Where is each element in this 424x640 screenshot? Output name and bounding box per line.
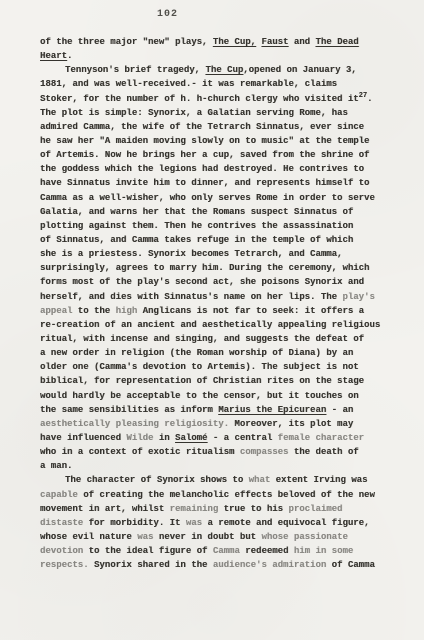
text-segment: redeemed — [240, 546, 294, 556]
text-segment: appeal — [40, 306, 72, 316]
text-segment: Stoker, for the number of h. h-church cl… — [40, 94, 359, 104]
text-segment: have Sinnatus invite him to dinner, and … — [40, 178, 369, 188]
text-line: 1881, and was well-received.- it was rem… — [40, 77, 390, 91]
page-text: of the three major "new" plays, The Cup,… — [40, 35, 390, 572]
text-line: have Sinnatus invite him to dinner, and … — [40, 176, 390, 190]
text-segment: of creating the melancholic effects belo… — [78, 490, 375, 500]
text-line: of the three major "new" plays, The Cup,… — [40, 35, 390, 49]
text-segment: The character of Synorix shows to — [65, 475, 249, 485]
page-number: 102 — [157, 9, 178, 20]
text-segment: capable — [40, 490, 78, 500]
text-segment: Camma as a well-wisher, who only serves … — [40, 193, 375, 203]
text-line: respects. Synorix shared in the audience… — [40, 558, 390, 572]
text-segment: forms most of the play's second act, she… — [40, 277, 364, 287]
text-segment: of the three major "new" plays, — [40, 37, 213, 47]
text-segment: Galatia, and warns her that the Romans s… — [40, 207, 353, 217]
text-segment: herself, and dies with Sinnatus's name o… — [40, 292, 342, 302]
text-line: Galatia, and warns her that the Romans s… — [40, 205, 390, 219]
text-segment: have influenced — [40, 433, 126, 443]
text-line: Stoker, for the number of h. h-church cl… — [40, 92, 390, 106]
text-line: capable of creating the melancholic effe… — [40, 488, 390, 502]
text-segment: The plot is simple: Synorix, a Galatian … — [40, 108, 348, 118]
text-segment: plotting against them. Then he contrives… — [40, 221, 353, 231]
text-segment: he saw her "A maiden moving slowly on to… — [40, 136, 369, 146]
text-segment: would hardly be acceptable to the censor… — [40, 391, 359, 401]
text-segment: compasses — [240, 447, 289, 457]
text-segment: . — [67, 51, 72, 61]
text-segment: Synorix shared in the — [89, 560, 213, 570]
text-segment: remaining — [170, 504, 219, 514]
text-segment: Camma — [213, 546, 240, 556]
text-segment: to the ideal figure of — [83, 546, 213, 556]
text-line: biblical, for representation of Christia… — [40, 374, 390, 388]
text-segment: respects. — [40, 560, 89, 570]
text-segment: him in some — [294, 546, 353, 556]
text-segment: Moreover, its plot may — [229, 419, 353, 429]
underlined-title: The Cup — [205, 65, 243, 75]
text-segment: audience's admiration — [213, 560, 326, 570]
text-segment: to the — [72, 306, 115, 316]
text-line: he saw her "A maiden moving slowly on to… — [40, 134, 390, 148]
text-line: would hardly be acceptable to the censor… — [40, 389, 390, 403]
text-segment: biblical, for representation of Christia… — [40, 376, 364, 386]
text-line: herself, and dies with Sinnatus's name o… — [40, 290, 390, 304]
text-segment: Tennyson's brief tragedy, — [65, 65, 205, 75]
text-segment: was — [137, 532, 153, 542]
text-segment: play's — [342, 292, 374, 302]
text-line: distaste for morbidity. It was a remote … — [40, 516, 390, 530]
text-segment: ritual, with incense and singing, and su… — [40, 334, 364, 344]
text-segment: a new order in religion (the Roman worsh… — [40, 348, 353, 358]
underlined-title: Heart — [40, 51, 67, 61]
text-line: surprisingly, agrees to marry him. Durin… — [40, 261, 390, 275]
text-segment: Wilde — [126, 433, 153, 443]
text-line: the same sensibilities as inform Marius … — [40, 403, 390, 417]
underlined-title: Marius the Epicurean — [218, 405, 326, 415]
text-line: older one (Camma's devotion to Artemis).… — [40, 360, 390, 374]
text-segment: devotion — [40, 546, 83, 556]
underlined-title: Salomé — [175, 433, 207, 443]
text-line: Heart. — [40, 49, 390, 63]
text-line: of Sinnatus, and Camma takes refuge in t… — [40, 233, 390, 247]
text-segment: re-creation of an ancient and aesthetica… — [40, 320, 380, 330]
text-segment: proclaimed — [288, 504, 342, 514]
text-line: The plot is simple: Synorix, a Galatian … — [40, 106, 390, 120]
text-segment: she is a priestess. Synorix becomes Tetr… — [40, 249, 342, 259]
text-line: movement in art, whilst remaining true t… — [40, 502, 390, 516]
text-segment: movement in art, whilst — [40, 504, 170, 514]
text-segment: surprisingly, agrees to marry him. Durin… — [40, 263, 369, 273]
text-segment: true to his — [218, 504, 288, 514]
text-line: forms most of the play's second act, she… — [40, 275, 390, 289]
text-segment: what — [249, 475, 271, 485]
text-line: ritual, with incense and singing, and su… — [40, 332, 390, 346]
text-line: plotting against them. Then he contrives… — [40, 219, 390, 233]
text-segment: distaste — [40, 518, 83, 528]
text-segment: - an — [326, 405, 353, 415]
scanned-page: 102 of the three major "new" plays, The … — [0, 0, 424, 640]
text-segment: and — [288, 37, 315, 47]
text-segment: . — [367, 94, 372, 104]
text-line: re-creation of an ancient and aesthetica… — [40, 318, 390, 332]
text-line: aesthetically pleasing religiosity. More… — [40, 417, 390, 431]
text-segment: the death of — [288, 447, 358, 457]
text-line: the goddess which the legions had destro… — [40, 162, 390, 176]
text-segment: female character — [278, 433, 364, 443]
text-line: of Artemis. Now he brings her a cup, sav… — [40, 148, 390, 162]
text-line: appeal to the high Anglicans is not far … — [40, 304, 390, 318]
text-segment: ,opened on January 3, — [243, 65, 356, 75]
text-line: a man. — [40, 459, 390, 473]
text-segment: 1881, and was well-received.- it was rem… — [40, 79, 337, 89]
text-segment: - a central — [207, 433, 277, 443]
text-segment: of Camma — [326, 560, 375, 570]
text-segment: in — [153, 433, 175, 443]
text-line: a new order in religion (the Roman worsh… — [40, 346, 390, 360]
text-line: The character of Synorix shows to what e… — [40, 473, 390, 487]
text-line: who in a context of exotic ritualism com… — [40, 445, 390, 459]
text-segment: of Artemis. Now he brings her a cup, sav… — [40, 150, 369, 160]
underlined-title: The Cup, — [213, 37, 256, 47]
text-line: have influenced Wilde in Salomé - a cent… — [40, 431, 390, 445]
text-line: Tennyson's brief tragedy, The Cup,opened… — [40, 63, 390, 77]
underlined-title: The Dead — [315, 37, 358, 47]
text-segment: extent Irving was — [270, 475, 367, 485]
text-line: Camma as a well-wisher, who only serves … — [40, 191, 390, 205]
text-segment: a remote and equivocal figure, — [202, 518, 369, 528]
text-segment: whose evil nature — [40, 532, 137, 542]
text-line: whose evil nature was never in doubt but… — [40, 530, 390, 544]
text-segment: for morbidity. It — [83, 518, 186, 528]
text-segment: who in a context of exotic ritualism — [40, 447, 240, 457]
text-segment: high — [116, 306, 138, 316]
text-line: she is a priestess. Synorix becomes Tetr… — [40, 247, 390, 261]
text-segment: was — [186, 518, 202, 528]
text-line: devotion to the ideal figure of Camma re… — [40, 544, 390, 558]
text-segment: the same sensibilities as inform — [40, 405, 218, 415]
text-line: admired Camma, the wife of the Tetrarch … — [40, 120, 390, 134]
text-segment: Anglicans is not far to seek: it offers … — [137, 306, 364, 316]
text-segment: older one (Camma's devotion to Artemis).… — [40, 362, 359, 372]
text-segment: never in doubt but — [153, 532, 261, 542]
text-segment: admired Camma, the wife of the Tetrarch … — [40, 122, 364, 132]
text-segment: a man. — [40, 461, 72, 471]
text-segment: whose passionate — [261, 532, 347, 542]
text-segment: aesthetically pleasing religiosity. — [40, 419, 229, 429]
underlined-title: Faust — [261, 37, 288, 47]
footnote-ref: 27 — [359, 92, 367, 100]
text-segment: the goddess which the legions had destro… — [40, 164, 364, 174]
text-segment: of Sinnatus, and Camma takes refuge in t… — [40, 235, 353, 245]
